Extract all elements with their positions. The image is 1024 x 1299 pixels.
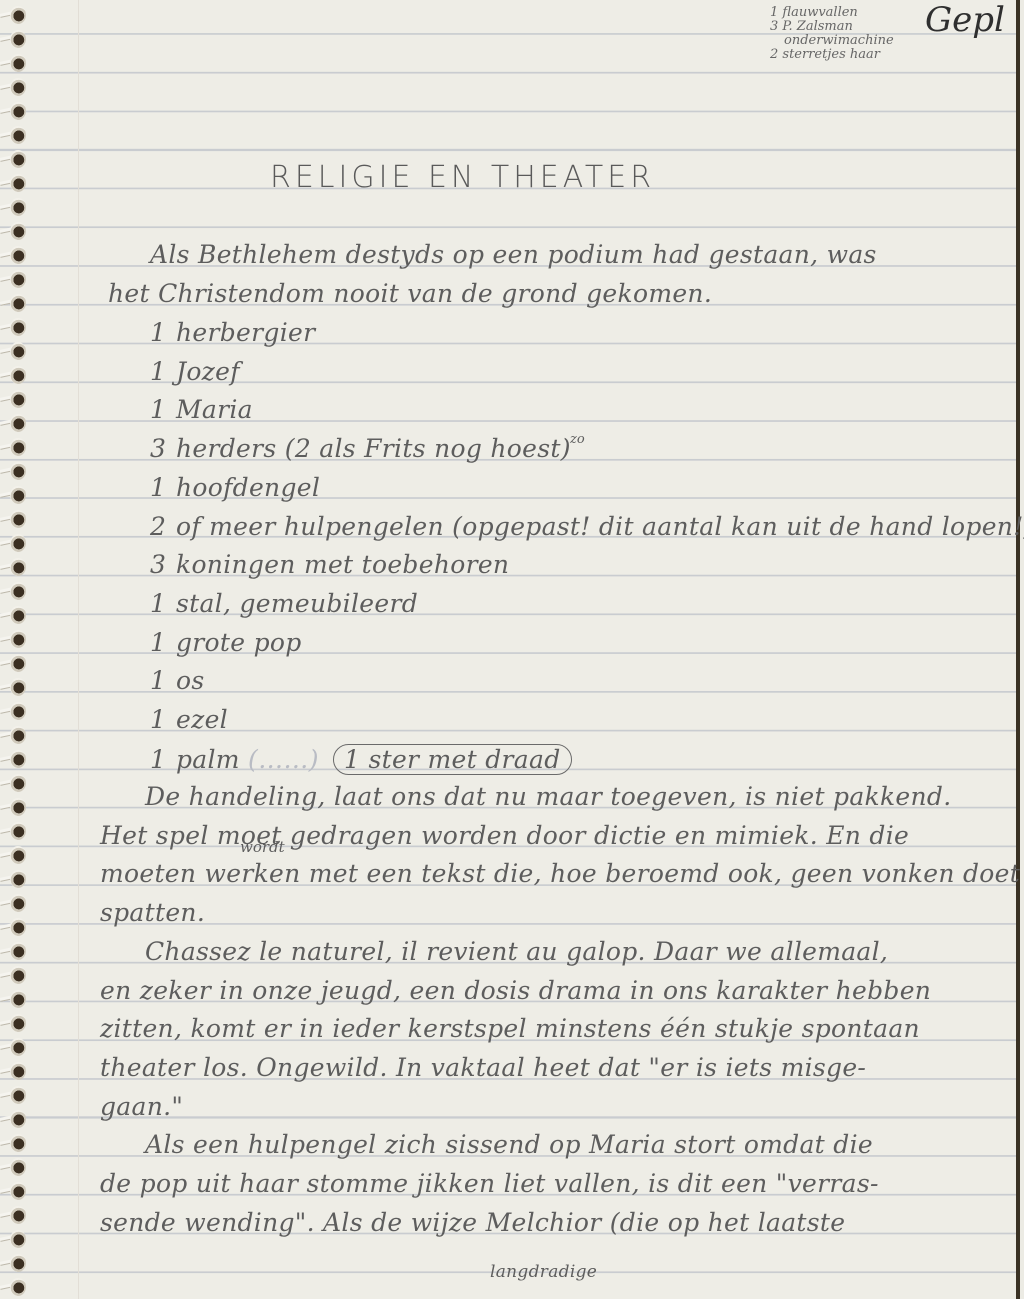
spiral-hole bbox=[10, 198, 26, 216]
spiral-hole bbox=[10, 174, 26, 192]
item-label: hoofdengel bbox=[176, 473, 320, 502]
erased-text: (……) bbox=[240, 745, 327, 774]
paragraph-line: de pop uit haar stomme jikken liet valle… bbox=[100, 1169, 879, 1198]
paragraph-line: De handeling, laat ons dat nu maar toege… bbox=[145, 782, 951, 811]
spiral-hole bbox=[10, 750, 26, 768]
cast-list-item: 1herbergier bbox=[150, 318, 315, 347]
paragraph-line: Het spel moet gedragen worden door dicti… bbox=[100, 821, 909, 850]
cast-list-item: 1ezel bbox=[150, 705, 228, 734]
paragraph-line: moeten werken met een tekst die, hoe ber… bbox=[100, 859, 1020, 888]
spiral-hole bbox=[10, 966, 26, 984]
item-quantity: 3 bbox=[150, 550, 176, 579]
spiral-hole bbox=[10, 486, 26, 504]
intro-line: Als Bethlehem destyds op een podium had … bbox=[150, 240, 877, 269]
spiral-hole bbox=[10, 414, 26, 432]
spiral-hole bbox=[10, 558, 26, 576]
spiral-hole bbox=[10, 1230, 26, 1248]
item-label: os bbox=[176, 666, 204, 695]
spiral-hole bbox=[10, 990, 26, 1008]
cast-list-item: 1Maria bbox=[150, 395, 253, 424]
spiral-hole bbox=[10, 78, 26, 96]
spiral-hole bbox=[10, 318, 26, 336]
corner-note: 1 flauwvallen 3 P. Zalsman onderwimachin… bbox=[770, 6, 894, 62]
spiral-hole bbox=[10, 582, 26, 600]
item-label: koningen met toebehoren bbox=[176, 550, 509, 579]
spiral-hole bbox=[10, 342, 26, 360]
corner-note-line: 2 sterretjes haar bbox=[770, 48, 894, 62]
inserted-word-below: langdradige bbox=[490, 1262, 597, 1282]
spiral-hole bbox=[10, 1038, 26, 1056]
spiral-hole bbox=[10, 462, 26, 480]
item-quantity: 1 bbox=[150, 628, 176, 657]
notebook-page: 1 flauwvallen 3 P. Zalsman onderwimachin… bbox=[0, 0, 1020, 1299]
spiral-hole bbox=[10, 510, 26, 528]
cast-list-item: 3koningen met toebehoren bbox=[150, 550, 509, 579]
intro-line: het Christendom nooit van de grond gekom… bbox=[108, 279, 712, 308]
spiral-hole bbox=[10, 774, 26, 792]
item-quantity: 1 bbox=[150, 395, 176, 424]
spiral-hole bbox=[10, 870, 26, 888]
circled-note: 1 ster met draad bbox=[333, 744, 571, 775]
cast-list-item: 2of meer hulpengelen (opgepast! dit aant… bbox=[150, 512, 1024, 541]
cast-list-item: 1stal, gemeubileerd bbox=[150, 589, 418, 618]
spiral-hole bbox=[10, 126, 26, 144]
spiral-hole bbox=[10, 894, 26, 912]
signature: Gepl bbox=[925, 0, 1005, 40]
spiral-hole bbox=[10, 1110, 26, 1128]
spiral-hole bbox=[10, 1086, 26, 1104]
item-label: Maria bbox=[176, 395, 253, 424]
spiral-hole bbox=[10, 222, 26, 240]
paragraph-line: theater los. Ongewild. In vaktaal heet d… bbox=[100, 1053, 866, 1082]
cast-list-item: 1grote pop bbox=[150, 628, 302, 657]
spiral-hole bbox=[10, 630, 26, 648]
spiral-hole bbox=[10, 366, 26, 384]
paragraph-line: Als een hulpengel zich sissend op Maria … bbox=[145, 1130, 873, 1159]
spiral-hole bbox=[10, 1134, 26, 1152]
spiral-hole bbox=[10, 1278, 26, 1296]
cast-list-item: 1Jozef bbox=[150, 357, 240, 386]
spiral-hole bbox=[10, 270, 26, 288]
page-title: RELIGIE EN THEATER bbox=[270, 160, 655, 195]
spiral-hole bbox=[10, 390, 26, 408]
item-label: stal, gemeubileerd bbox=[176, 589, 418, 618]
spiral-hole bbox=[10, 102, 26, 120]
cast-list-item: 1os bbox=[150, 666, 204, 695]
paragraph-line: en zeker in onze jeugd, een dosis drama … bbox=[100, 976, 931, 1005]
paragraph-line: zitten, komt er in ieder kerstspel minst… bbox=[100, 1014, 920, 1043]
item-label: herbergier bbox=[176, 318, 315, 347]
item-quantity: 1 bbox=[150, 666, 176, 695]
inserted-word: wordt bbox=[240, 838, 285, 856]
item-quantity: 2 bbox=[150, 512, 176, 541]
spiral-hole bbox=[10, 822, 26, 840]
item-quantity: 1 bbox=[150, 318, 176, 347]
spiral-hole bbox=[10, 54, 26, 72]
spiral-hole bbox=[10, 606, 26, 624]
paragraph-line: gaan." bbox=[100, 1092, 183, 1121]
spiral-hole bbox=[10, 1182, 26, 1200]
item-label: Jozef bbox=[176, 357, 240, 386]
paragraph-line: sende wending". Als de wijze Melchior (d… bbox=[100, 1208, 845, 1237]
item-label: of meer hulpengelen (opgepast! dit aanta… bbox=[176, 512, 1024, 541]
spiral-hole bbox=[10, 798, 26, 816]
spiral-hole bbox=[10, 1206, 26, 1224]
cast-list-item: 3herders (2 als Frits nog hoest) bbox=[150, 434, 571, 463]
spiral-hole bbox=[10, 246, 26, 264]
spiral-hole bbox=[10, 654, 26, 672]
item-label: herders (2 als Frits nog hoest) bbox=[176, 434, 571, 463]
spiral-hole bbox=[10, 294, 26, 312]
spiral-hole bbox=[10, 6, 26, 24]
spiral-hole bbox=[10, 918, 26, 936]
spiral-hole bbox=[10, 438, 26, 456]
corner-note-line: 3 P. Zalsman bbox=[770, 20, 894, 34]
spiral-hole bbox=[10, 678, 26, 696]
spiral-hole bbox=[10, 846, 26, 864]
corner-note-line: onderwimachine bbox=[770, 34, 894, 48]
item-quantity: 1 bbox=[150, 745, 176, 774]
spiral-hole bbox=[10, 702, 26, 720]
page-edge bbox=[1016, 0, 1020, 1299]
spiral-hole bbox=[10, 1014, 26, 1032]
margin-line bbox=[78, 0, 79, 1299]
item-quantity: 1 bbox=[150, 473, 176, 502]
item-label: palm bbox=[176, 745, 240, 774]
item-quantity: 1 bbox=[150, 705, 176, 734]
spiral-binding bbox=[0, 0, 34, 1299]
insertion-mark: zo bbox=[570, 432, 585, 447]
item-quantity: 1 bbox=[150, 589, 176, 618]
cast-list-item: 1palm (……) 1 ster met draad bbox=[150, 744, 572, 775]
paragraph-line: spatten. bbox=[100, 898, 205, 927]
item-label: ezel bbox=[176, 705, 228, 734]
spiral-hole bbox=[10, 1254, 26, 1272]
corner-note-line: 1 flauwvallen bbox=[770, 6, 894, 20]
cast-list-item: 1hoofdengel bbox=[150, 473, 320, 502]
item-label: grote pop bbox=[176, 628, 302, 657]
spiral-hole bbox=[10, 150, 26, 168]
item-quantity: 3 bbox=[150, 434, 176, 463]
spiral-hole bbox=[10, 534, 26, 552]
spiral-hole bbox=[10, 1158, 26, 1176]
spiral-hole bbox=[10, 30, 26, 48]
paragraph-line: Chassez le naturel, il revient au galop.… bbox=[145, 937, 888, 966]
spiral-hole bbox=[10, 1062, 26, 1080]
item-quantity: 1 bbox=[150, 357, 176, 386]
spiral-hole bbox=[10, 942, 26, 960]
spiral-hole bbox=[10, 726, 26, 744]
